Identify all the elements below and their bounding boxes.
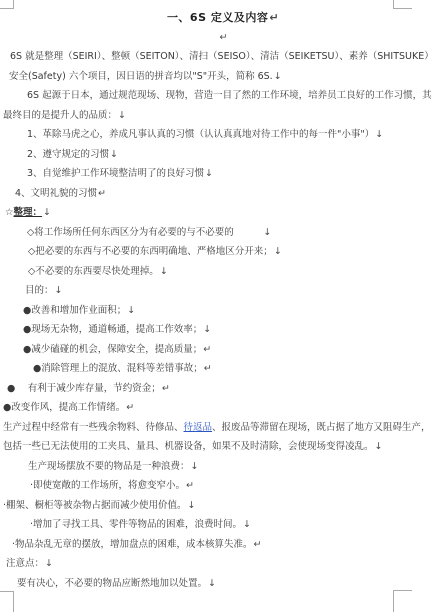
crop-mark-bottom-left-vertical — [13, 591, 14, 612]
line-text: 要有决心，不必要的物品应断然地加以处置。 — [17, 578, 207, 589]
line-break-mark: ↓ — [110, 149, 118, 160]
document-line: 要有决心，不必要的物品应断然地加以处置。↓ — [17, 574, 446, 594]
line-break-mark: ↵ — [203, 344, 211, 355]
document-line: ●现场无杂物，通道畅通，提高工作效率；↓ — [23, 320, 446, 340]
line-text: ·即使宽敞的工作场所，将愈变窄小。 — [30, 480, 185, 491]
document-line: 生产过程中经常有一些残余物料、待修品、待返品、报废品等滞留在现场，既占据了地方又… — [3, 418, 446, 438]
line-text: ·棚架、橱柜等被杂物占据而减少使用价值。 — [3, 500, 187, 511]
line-text: ·增加了寻找工具、零件等物品的困难，浪费时间。 — [30, 519, 242, 530]
line-text: 3、自觉维护工作环境整洁明了的良好习惯 — [27, 168, 204, 179]
line-break-mark: ↓ — [55, 285, 63, 296]
line-break-mark: ↓ — [45, 558, 53, 569]
document-line: 6S 就是整理（SEIRI）、整顿（SEITON）、清扫（SEISO）、清洁（S… — [10, 47, 446, 67]
document-line: ·物品杂乱无章的摆放，增加盘点的困难，成本核算失准。↵ — [12, 535, 446, 555]
document-body: 6S 就是整理（SEIRI）、整顿（SEITON）、清扫（SEISO）、清洁（S… — [0, 47, 446, 593]
crop-mark-top-left-vertical — [13, 0, 14, 8]
document-line: 1、革除马虎之心，养成凡事认真的习惯（认认真真地对待工作中的每一件"小事"）↓ — [27, 125, 446, 145]
line-break-mark: ↓ — [243, 519, 251, 530]
line-break-mark: ↓ — [205, 168, 213, 179]
line-break-mark: ↓ — [188, 500, 196, 511]
line-text: 包括一些已无法使用的工夹具、量具、机器设备，如果不及时清除，会使现场变得凌乱。 — [3, 441, 374, 452]
line-break-mark: ↵ — [204, 363, 212, 374]
document-line: 安全(Safety) 六个项目，因日语的拼音均以"S"开头，简称 6S.↓ — [9, 67, 446, 87]
document-line: ●改变作风，提高工作情绪。↵ — [3, 398, 446, 418]
document-line: ☆整理：↓ — [5, 203, 446, 223]
line-text: 生产过程中经常有一些残余物料、待修品、 — [3, 422, 184, 433]
line-text: ●现场无杂物，通道畅通，提高工作效率； — [23, 324, 202, 335]
document-line: 2、遵守规定的习惯↓ — [27, 145, 446, 165]
line-text: ● 有利于减少库存量，节约资金； — [7, 383, 161, 394]
document-line: ●消除管理上的混放、混料等差错事故；↵ — [33, 359, 446, 379]
line-break-mark: ↓ — [208, 578, 216, 589]
line-text: ●改变作风，提高工作情绪。 — [3, 402, 125, 413]
line-text: 生产现场摆放不要的物品是一种浪费： — [28, 461, 190, 472]
line-text: 目的： — [25, 285, 54, 296]
document-content: 一、6S 定义及内容↵ ↵ 6S 就是整理（SEIRI）、整顿（SEITON）、… — [0, 8, 446, 593]
line-break-mark: ↵ — [126, 402, 134, 413]
line-text: 6S 就是整理（SEIRI）、整顿（SEITON）、清扫（SEISO）、清洁（S… — [10, 51, 434, 62]
crop-mark-bottom-right-vertical — [393, 590, 394, 612]
document-line: 6S 起源于日本，通过规范现场、现物，营造一目了然的工作环境，培养员工良好的工作… — [27, 86, 446, 106]
document-line: ●改善和增加作业面积；↓ — [23, 301, 446, 321]
line-break-mark: ↓ — [118, 110, 126, 121]
line-text: 最终目的是提升人的品质： — [3, 110, 117, 121]
line-break-mark: ↓ — [263, 227, 271, 238]
line-break-mark: ↓ — [43, 207, 51, 218]
document-line: 注意点：↓ — [6, 554, 446, 574]
line-text: ●减少磕碰的机会，保障安全，提高质量； — [23, 344, 202, 355]
document-line: ·即使宽敞的工作场所，将愈变窄小。↵ — [30, 476, 446, 496]
line-break-mark: ↵ — [254, 539, 262, 550]
line-text: 注意点： — [6, 558, 44, 569]
empty-paragraph: ↵ — [0, 28, 446, 48]
line-break-mark: ↵ — [186, 480, 194, 491]
line-text: ◇把必要的东西与不必要的东西明确地、严格地区分开来； — [28, 246, 273, 257]
line-break-mark: ↓ — [127, 305, 135, 316]
document-line: ◇把必要的东西与不必要的东西明确地、严格地区分开来；↓ — [28, 242, 446, 262]
line-text: ◇不必要的东西要尽快处理掉。 — [28, 266, 159, 277]
line-break-mark: ↓ — [203, 324, 211, 335]
document-line: ·棚架、橱柜等被杂物占据而减少使用价值。↓ — [3, 496, 446, 516]
line-break-mark: ↓ — [274, 246, 282, 257]
line-break-mark: ↵ — [162, 383, 170, 394]
line-text: 、报废品等滞留在现场，既占据了地方又阻碍生产， — [212, 422, 431, 433]
line-text: ·物品杂乱无章的摆放，增加盘点的困难，成本核算失准。 — [12, 539, 253, 550]
document-line: 包括一些已无法使用的工夹具、量具、机器设备，如果不及时清除，会使现场变得凌乱。↓ — [3, 437, 446, 457]
document-line: ◇将工作场所任何东西区分为有必要的与不必要的 ↓ — [27, 223, 446, 243]
document-page: 一、6S 定义及内容↵ ↵ 6S 就是整理（SEIRI）、整顿（SEITON）、… — [0, 0, 446, 612]
line-text: ●消除管理上的混放、混料等差错事故； — [33, 363, 203, 374]
line-text: ☆ — [5, 207, 14, 218]
paragraph-mark: ↵ — [269, 11, 279, 24]
document-line: ·增加了寻找工具、零件等物品的困难，浪费时间。↓ — [30, 515, 446, 535]
crop-mark-top-right-vertical — [393, 0, 394, 8]
document-line: 4、文明礼貌的习惯↵ — [15, 184, 446, 204]
emphasized-text: 整理： — [14, 207, 43, 218]
line-break-mark: ↵ — [98, 188, 106, 199]
document-line: 生产现场摆放不要的物品是一种浪费：↓ — [28, 457, 446, 477]
line-text: ◇将工作场所任何东西区分为有必要的与不必要的 — [27, 227, 262, 238]
document-line: ◇不必要的东西要尽快处理掉。↓ — [28, 262, 446, 282]
page-title-text: 一、6S 定义及内容 — [167, 11, 268, 24]
hyperlink-text[interactable]: 待返品 — [184, 422, 213, 433]
line-break-mark: ↓ — [160, 266, 168, 277]
line-text: 4、文明礼貌的习惯 — [15, 188, 97, 199]
line-text: 安全(Safety) 六个项目，因日语的拼音均以"S"开头，简称 6S. — [9, 71, 273, 82]
line-text: 1、革除马虎之心，养成凡事认真的习惯（认认真真地对待工作中的每一件"小事"） — [27, 129, 374, 140]
paragraph-mark: ↵ — [220, 32, 228, 43]
line-break-mark: ↓ — [375, 129, 383, 140]
document-line: ● 有利于减少库存量，节约资金；↵ — [7, 379, 446, 399]
line-break-mark: ↓ — [191, 461, 199, 472]
line-text: ●改善和增加作业面积； — [23, 305, 126, 316]
line-text: 2、遵守规定的习惯 — [27, 149, 109, 160]
line-break-mark: ↓ — [274, 71, 282, 82]
line-text: 6S 起源于日本，通过规范现场、现物，营造一目了然的工作环境，培养员工良好的工作… — [27, 90, 432, 101]
document-line: ●减少磕碰的机会，保障安全，提高质量；↵ — [23, 340, 446, 360]
line-break-mark: ↓ — [375, 441, 383, 452]
document-line: 3、自觉维护工作环境整洁明了的良好习惯↓ — [27, 164, 446, 184]
document-line: 最终目的是提升人的品质：↓ — [3, 106, 446, 126]
page-title: 一、6S 定义及内容↵ — [0, 8, 446, 28]
document-line: 目的：↓ — [25, 281, 446, 301]
